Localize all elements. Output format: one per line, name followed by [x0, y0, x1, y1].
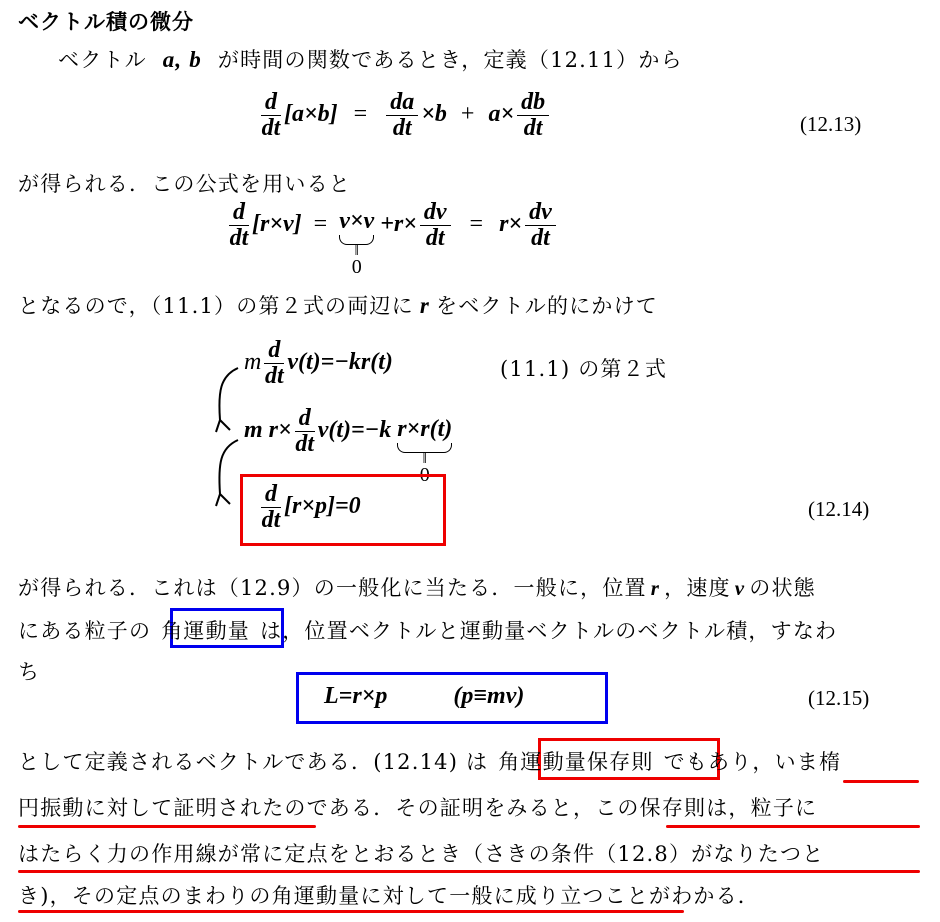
paragraph-conservation-line-2: 円振動に対して証明されたのである．その証明をみると，この保存則は，粒子に: [18, 792, 817, 822]
paragraph-intro: ベクトル a, b が時間の関数であるとき，定義（12.11）から: [58, 44, 683, 74]
bracket-a-cross-b: [a×b]: [284, 101, 338, 127]
paragraph-multiply-r: となるので，（11.1）の第２式の両辺にrをベクトル的にかけて: [18, 290, 658, 320]
underline-2: [18, 825, 316, 828]
text-vector: ベクトル: [58, 48, 147, 72]
paragraph-conservation-line-4: き)，その定点のまわりの角運動量に対して一般に成り立つことがわかる．: [18, 880, 760, 910]
underbrace-v-cross-v: v×v ‖ 0: [339, 208, 374, 277]
equation-12-13: ddt[a×b] = dadt×b + a×dbdt: [258, 90, 552, 141]
underline-1: [843, 780, 919, 783]
fraction-dv-dt: dvdt: [420, 200, 451, 251]
equation-number-12-15: (12.15): [808, 686, 869, 711]
term-angular-momentum-conservation: 角運動量保存則: [498, 750, 653, 774]
underline-5: [18, 910, 684, 913]
equation-r-cross-v: ddt[r×v] = v×v ‖ 0 +r×dvdt = r×dvdt: [226, 200, 559, 277]
text-definition-ref: が時間の関数であるとき，定義（12.11）から: [218, 48, 683, 72]
derivation-line-1: mddtv(t)=−kr(t): [244, 338, 393, 389]
note-eq-11-1-second: (11.1) の第２式: [500, 353, 667, 383]
fraction-db-dt: dbdt: [517, 90, 549, 141]
fraction-da-dt: dadt: [386, 90, 418, 141]
fraction-d-dt: ddt: [229, 200, 249, 251]
equation-number-12-14: (12.14): [808, 497, 869, 522]
section-heading: ベクトル積の微分: [18, 6, 194, 36]
paragraph-using-formula: が得られる．この公式を用いると: [18, 168, 351, 198]
equation-12-14: ddt[r×p]=0: [258, 482, 361, 533]
fraction-d-dt: ddt: [261, 90, 281, 141]
paragraph-generalization-line-1: が得られる．これは（12.9）の一般化に当たる．一般に，位置r，速度vの状態: [18, 572, 816, 602]
underline-3: [666, 825, 920, 828]
equation-number-12-13: (12.13): [800, 112, 861, 137]
paragraph-generalization-line-2: にある粒子の角運動量は，位置ベクトルと運動量ベクトルのベクトル積，すなわ: [18, 615, 837, 645]
paragraph-conservation-line-1: として定義されるベクトルである．(12.14) は角運動量保存則でもあり，いま楕: [18, 746, 841, 776]
equation-12-15: L=r×p (p≡mv): [324, 683, 524, 710]
vector-vars-ab: a, b: [163, 47, 202, 72]
underline-4: [18, 870, 920, 873]
term-angular-momentum: 角運動量: [161, 619, 250, 643]
paragraph-generalization-line-3: ち: [18, 656, 40, 686]
fraction-dv-dt-rhs: dvdt: [525, 200, 556, 251]
paragraph-conservation-line-3: はたらく力の作用線が常に定点をとおるとき（さきの条件（12.8）がなりたつと: [18, 838, 824, 868]
